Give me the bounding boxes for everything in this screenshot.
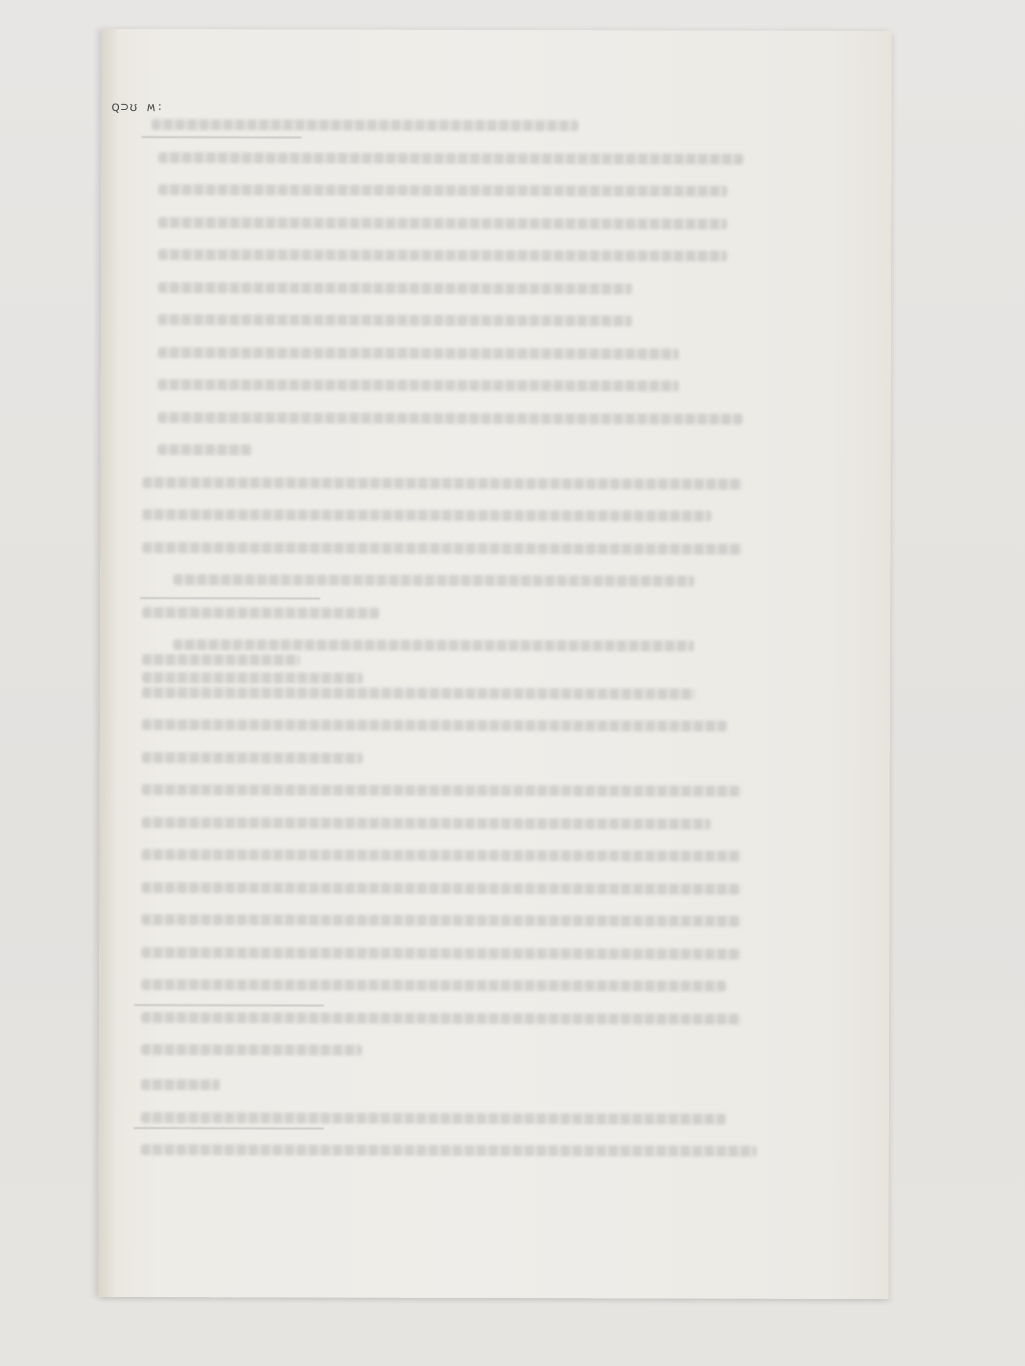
illegible-text-line <box>142 687 695 699</box>
illegible-text-line <box>158 152 743 165</box>
illegible-text-line <box>142 672 363 684</box>
illegible-text-line <box>142 817 711 829</box>
illegible-text-line <box>158 249 727 261</box>
illegible-text-line <box>141 849 741 862</box>
illegible-text-line <box>142 784 742 797</box>
heading-underline <box>134 1004 324 1006</box>
heading-underline <box>141 136 301 138</box>
illegible-text-line <box>141 1144 757 1157</box>
heading-underline <box>140 597 320 599</box>
illegible-text-line <box>141 882 741 895</box>
illegible-text-line <box>142 542 742 555</box>
illegible-text-line <box>141 914 741 927</box>
illegible-text-line <box>158 314 632 326</box>
illegible-text-line <box>151 119 578 131</box>
illegible-text-line <box>158 282 632 294</box>
illegible-text-line <box>142 719 727 732</box>
illegible-text-line <box>141 1044 362 1056</box>
illegible-text-line <box>141 1112 726 1125</box>
illegible-text-line <box>142 477 742 490</box>
illegible-text-line <box>141 1079 220 1090</box>
typed-header-mark: ꞯ⊃ʊ ʍ꞉ <box>111 97 164 115</box>
illegible-text-line <box>158 347 679 359</box>
illegible-text-line <box>173 574 694 586</box>
illegible-text-body <box>102 29 892 31</box>
illegible-text-line <box>142 654 300 665</box>
illegible-text-line <box>141 1012 741 1025</box>
illegible-text-line <box>158 379 679 391</box>
illegible-text-line <box>141 947 741 960</box>
heading-underline <box>134 1127 324 1129</box>
illegible-text-line <box>158 217 727 229</box>
illegible-text-line <box>158 184 727 196</box>
illegible-text-line <box>158 444 253 455</box>
illegible-text-line <box>141 979 726 992</box>
paper-sheet: ꞯ⊃ʊ ʍ꞉ <box>98 29 891 1299</box>
illegible-text-line <box>142 509 711 521</box>
illegible-text-line <box>158 412 743 425</box>
illegible-text-line <box>142 752 363 764</box>
illegible-text-line <box>173 639 694 651</box>
illegible-text-line <box>142 607 379 619</box>
